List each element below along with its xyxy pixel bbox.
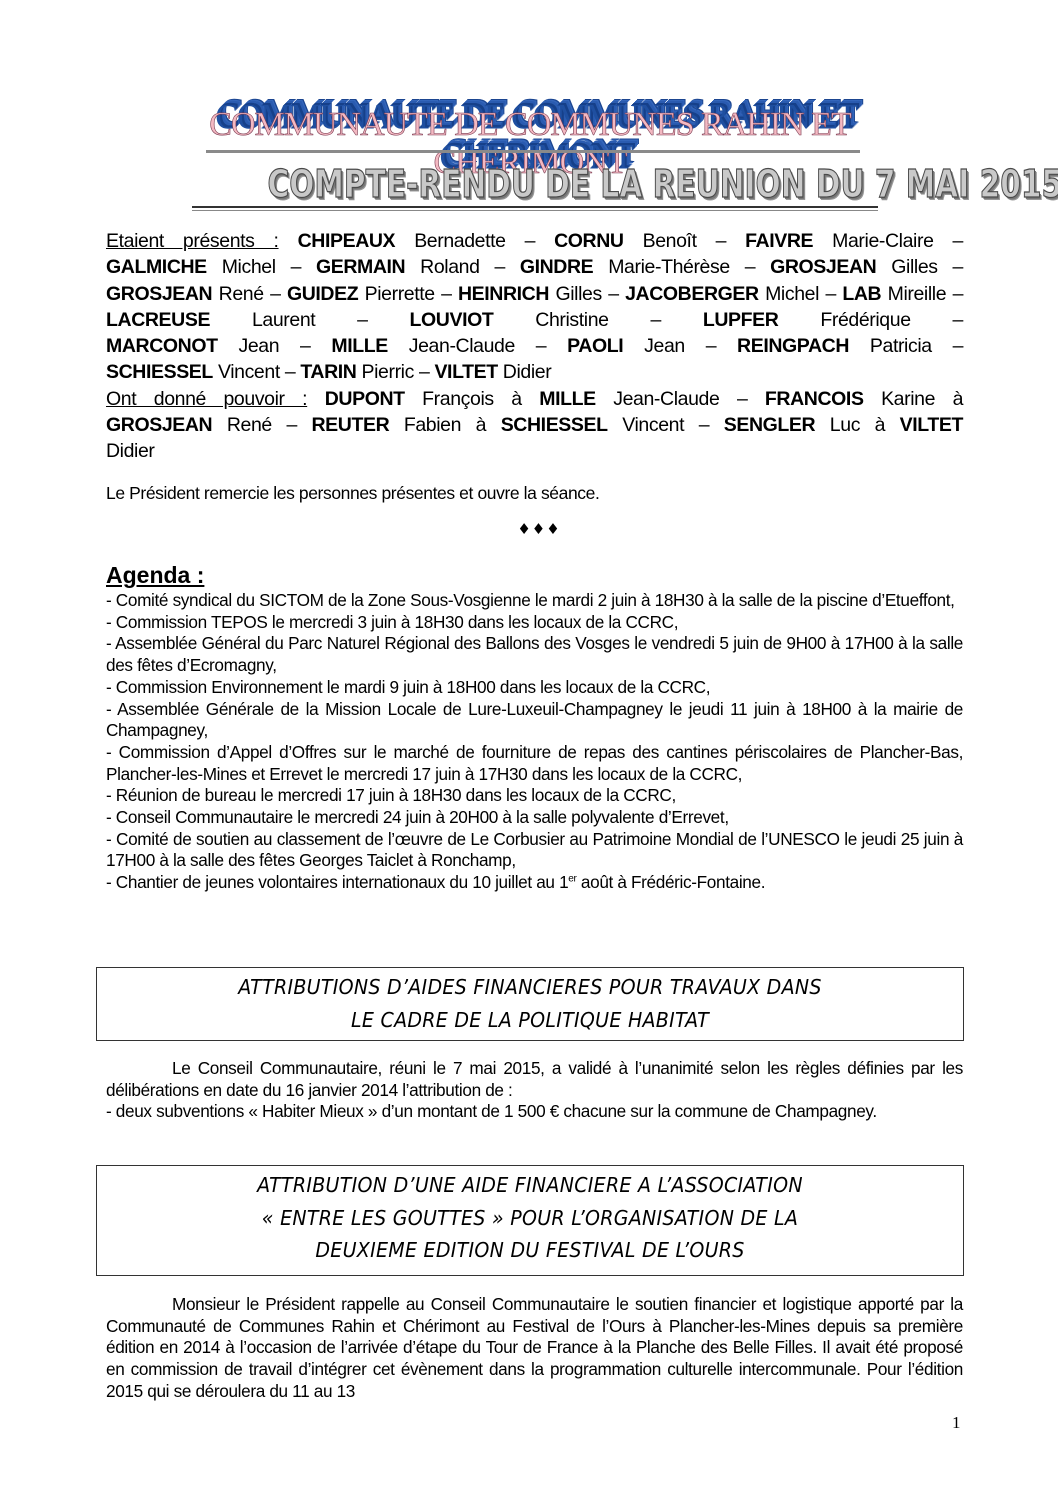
attendee: CORNU Benoît: [554, 230, 697, 252]
attendee: LAB Mireille: [842, 283, 946, 305]
present-label: Etaient présents :: [106, 230, 279, 252]
agenda-item: - Comité syndical du SICTOM de la Zone S…: [106, 590, 963, 612]
proxy-line: GROSJEAN René – REUTER Fabien à SCHIESSE…: [106, 412, 963, 438]
attendee: SCHIESSEL Vincent: [106, 361, 280, 383]
attendee: GROSJEAN Gilles: [770, 256, 938, 278]
proxy-label: Ont donné pouvoir :: [106, 388, 307, 410]
meeting-title: COMPTE-RENDU DE LA REUNION DU 7 MAI 2015: [267, 164, 802, 204]
attendee-last-name: GROSJEAN: [770, 256, 876, 278]
attendee-last-name: GALMICHE: [106, 256, 207, 278]
attendee-last-name: LOUVIOT: [410, 309, 494, 331]
habitat-paragraph: Le Conseil Communautaire, réuni le 7 mai…: [106, 1058, 963, 1123]
attendee: GROSJEAN René: [106, 283, 264, 305]
attendance-line: GROSJEAN René – GUIDEZ Pierrette – HEINR…: [106, 281, 963, 307]
section-heading-line: ATTRIBUTION D’UNE AIDE FINANCIERE A L’AS…: [119, 1169, 942, 1202]
proxy-holder-last-name: SCHIESSEL: [501, 414, 608, 436]
agenda-item: - Chantier de jeunes volontaires interna…: [106, 872, 963, 894]
agenda-item: - Commission TEPOS le mercredi 3 juin à …: [106, 612, 963, 634]
attendance-line: GALMICHE Michel – GERMAIN Roland – GINDR…: [106, 254, 963, 280]
document-page: COMMUNAUTE DE COMMUNES RAHIN ET CHERIMON…: [0, 0, 1058, 1497]
attendee: REINGPACH Patricia: [737, 335, 932, 357]
attendee-last-name: GERMAIN: [316, 256, 405, 278]
attendee: FAIVRE Marie-Claire: [745, 230, 933, 252]
attendee-last-name: LUPFER: [703, 309, 779, 331]
attendee: GERMAIN Roland: [316, 256, 480, 278]
opening-statement: Le Président remercie les personnes prés…: [106, 483, 963, 504]
attendance-line: MARCONOT Jean – MILLE Jean-Claude – PAOL…: [106, 333, 963, 359]
proxy-entry: DUPONT François à MILLE Jean-Claude: [325, 388, 720, 410]
attendee-last-name: FAIVRE: [745, 230, 813, 252]
attendee-last-name: LACREUSE: [106, 309, 210, 331]
section-heading-line: DEUXIEME EDITION DU FESTIVAL DE L’OURS: [119, 1234, 942, 1267]
habitat-paragraph-text: Le Conseil Communautaire, réuni le 7 mai…: [106, 1058, 963, 1100]
attendee: GALMICHE Michel: [106, 256, 276, 278]
attendance-line: Etaient présents : CHIPEAUX Bernadette –…: [106, 228, 963, 254]
agenda-item: - Assemblée Général du Parc Naturel Régi…: [106, 633, 963, 676]
proxy-entry: FRANCOIS Karine à: [765, 388, 963, 410]
attendee: CHIPEAUX Bernadette: [298, 230, 506, 252]
attendee: MARCONOT Jean: [106, 335, 279, 357]
habitat-subsidy-item: - deux subventions « Habiter Mieux » d’u…: [106, 1101, 877, 1121]
attendee-last-name: REINGPACH: [737, 335, 849, 357]
attendee-last-name: CORNU: [554, 230, 624, 252]
proxy-entry: SENGLER Luc à VILTET: [724, 414, 963, 436]
section-heading-line: LE CADRE DE LA POLITIQUE HABITAT: [119, 1004, 942, 1037]
attendee-last-name: VILTET: [434, 361, 497, 383]
section-heading-line: ATTRIBUTIONS D’AIDES FINANCIERES POUR TR…: [119, 971, 942, 1004]
section-heading-habitat: ATTRIBUTIONS D’AIDES FINANCIERES POUR TR…: [96, 967, 964, 1041]
page-number: 1: [952, 1413, 961, 1433]
agenda-list: - Comité syndical du SICTOM de la Zone S…: [106, 590, 963, 894]
attendee: VILTET Didier: [434, 361, 551, 383]
agenda-item: - Commission Environnement le mardi 9 ju…: [106, 677, 963, 699]
attendance-line: SCHIESSEL Vincent – TARIN Pierric – VILT…: [106, 359, 963, 385]
section-separator-diamonds: ♦♦♦: [0, 520, 1058, 538]
attendee-last-name: JACOBERGER: [625, 283, 759, 305]
agenda-item: - Conseil Communautaire le mercredi 24 j…: [106, 807, 963, 829]
ordinal-suffix: er: [568, 873, 576, 884]
attendee-last-name: MARCONOT: [106, 335, 218, 357]
attendee: JACOBERGER Michel: [625, 283, 819, 305]
attendee-last-name: MILLE: [331, 335, 388, 357]
attendee: HEINRICH Gilles: [458, 283, 602, 305]
attendee: TARIN Pierric: [300, 361, 414, 383]
agenda-item: - Assemblée Générale de la Mission Local…: [106, 699, 963, 742]
proxy-holder-last-name: VILTET: [900, 414, 963, 436]
attendee: LACREUSE Laurent: [106, 309, 315, 331]
attendee: GUIDEZ Pierrette: [287, 283, 435, 305]
attendee-last-name: GROSJEAN: [106, 283, 212, 305]
organization-banner: COMMUNAUTE DE COMMUNES RAHIN ET CHERIMON…: [200, 106, 860, 150]
proxy-entry: REUTER Fabien à SCHIESSEL Vincent: [311, 414, 684, 436]
proxy-giver-last-name: REUTER: [311, 414, 389, 436]
agenda-heading: Agenda :: [106, 562, 204, 589]
attendee-last-name: PAOLI: [567, 335, 623, 357]
attendee: LUPFER Frédérique: [703, 309, 911, 331]
section-heading-festival: ATTRIBUTION D’UNE AIDE FINANCIERE A L’AS…: [96, 1165, 964, 1276]
proxy-entry-continued: GROSJEAN René: [106, 414, 272, 436]
proxy-line: Didier: [106, 438, 963, 464]
attendee-last-name: SCHIESSEL: [106, 361, 213, 383]
attendee: MILLE Jean-Claude: [331, 335, 515, 357]
attendee: PAOLI Jean: [567, 335, 685, 357]
agenda-item: - Comité de soutien au classement de l’œ…: [106, 829, 963, 872]
attendee: LOUVIOT Christine: [410, 309, 609, 331]
attendee-last-name: GINDRE: [520, 256, 593, 278]
attendance-line: LACREUSE Laurent – LOUVIOT Christine – L…: [106, 307, 963, 333]
festival-paragraph: Monsieur le Président rappelle au Consei…: [106, 1294, 963, 1403]
attendee-last-name: LAB: [842, 283, 881, 305]
attendee-last-name: TARIN: [300, 361, 356, 383]
attendee-last-name: HEINRICH: [458, 283, 549, 305]
proxy-giver-last-name: DUPONT: [325, 388, 405, 410]
title-underline: [192, 206, 878, 208]
proxy-holder-last-name: MILLE: [539, 388, 596, 410]
title-underline-secondary: [192, 210, 878, 211]
proxy-holder-last-name: GROSJEAN: [106, 414, 212, 436]
section-heading-line: « ENTRE LES GOUTTES » POUR L’ORGANISATIO…: [119, 1202, 942, 1235]
proxy-line: Ont donné pouvoir : DUPONT François à MI…: [106, 386, 963, 412]
attendance-block: Etaient présents : CHIPEAUX Bernadette –…: [106, 228, 963, 465]
proxy-giver-last-name: SENGLER: [724, 414, 815, 436]
attendee: GINDRE Marie-Thérèse: [520, 256, 730, 278]
festival-paragraph-text: Monsieur le Président rappelle au Consei…: [106, 1294, 963, 1401]
agenda-item: - Commission d’Appel d’Offres sur le mar…: [106, 742, 963, 785]
attendee-last-name: CHIPEAUX: [298, 230, 396, 252]
agenda-item: - Réunion de bureau le mercredi 17 juin …: [106, 785, 963, 807]
meeting-title-banner: COMPTE-RENDU DE LA REUNION DU 7 MAI 2015: [192, 164, 878, 210]
organization-underline: [206, 150, 860, 153]
attendee-last-name: GUIDEZ: [287, 283, 358, 305]
proxy-giver-last-name: FRANCOIS: [765, 388, 864, 410]
